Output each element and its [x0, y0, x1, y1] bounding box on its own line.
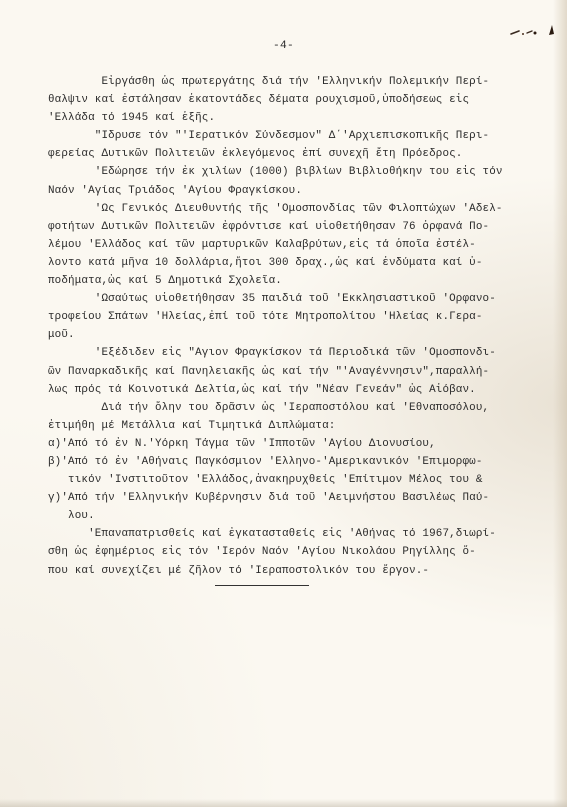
- text-line: ἐτιμήθη μέ Μετάλλια καί Τιμητικά Διπλώμα…: [48, 417, 528, 435]
- end-divider-line: [215, 585, 309, 586]
- document-body: Εἰργάσθη ὡς πρωτεργάτης διά τήν 'Ελληνικ…: [48, 73, 528, 580]
- text-line: φερείας Δυτικῶν Πολιτειῶν ἐκλεγόμενος ἐπ…: [48, 145, 528, 163]
- text-line: "Ιδρυσε τόν "'Ιερατικόν Σύνδεσμον" Δ΄'Αρ…: [48, 127, 528, 145]
- paper-bottom-edge: [0, 799, 567, 807]
- text-line: τροφείου Σπάτων 'Ηλείας,ἐπί τοῦ τότε Μητ…: [48, 308, 528, 326]
- text-line: Ναόν 'Αγίας Τριάδος 'Αγίου Φραγκίσκου.: [48, 182, 528, 200]
- ink-smudge-mark: [505, 22, 561, 38]
- text-line: θαλψιν καί ἐστάλησαν ἑκατοντάδες δέματα …: [48, 91, 528, 109]
- text-line: λου.: [48, 507, 528, 525]
- text-line: 'Επαναπατρισθείς καί ἐγκατασταθείς εἰς '…: [48, 525, 528, 543]
- text-line: 'Εξέδιδεν εἰς "Αγιον Φραγκίσκον τά Περιο…: [48, 344, 528, 362]
- text-line: ποδήματα,ὡς καί 5 Δημοτικά Σχολεῖα.: [48, 272, 528, 290]
- text-line: λοντο κατά μῆνα 10 δολλάρια,ἤτοι 300 δρα…: [48, 254, 528, 272]
- paper-edge-shadow: [553, 0, 567, 807]
- text-line: α)'Από τό ἐν Ν.'Υόρκη Τάγμα τῶν 'Ιπποτῶν…: [48, 435, 528, 453]
- text-line: λέμου 'Ελλάδος καί τῶν μαρτυρικῶν Καλαβρ…: [48, 236, 528, 254]
- text-line: μοῦ.: [48, 326, 528, 344]
- text-line: Διά τήν ὅλην του δρᾶσιν ὡς 'Ιεραποστόλου…: [48, 399, 528, 417]
- text-line: λως πρός τά Κοινοτικά Δελτία,ὡς καί τήν …: [48, 381, 528, 399]
- text-line: 'Ως Γενικός Διευθυντής τῆς 'Ομοσπονδίας …: [48, 200, 528, 218]
- text-line: τικόν 'Ινστιτοῦτον 'Ελλάδος,ἀνακηρυχθείς…: [48, 471, 528, 489]
- text-line: ῶν Παναρκαδικῆς καί Πανηλειακῆς ὡς καί τ…: [48, 363, 528, 381]
- text-line: 'Ελλάδα τό 1945 καί ἑξῆς.: [48, 109, 528, 127]
- text-line: φοτήτων Δυτικῶν Πολιτειῶν ἐφρόντισε καί …: [48, 218, 528, 236]
- page-number: -4-: [0, 40, 567, 52]
- text-line: σθη ὡς ἐφημέριος εἰς τόν 'Ιερόν Ναόν 'Αγ…: [48, 543, 528, 561]
- text-line: 'Ωσαύτως υἱοθετήθησαν 35 παιδιά τοῦ 'Εκκ…: [48, 290, 528, 308]
- text-line: 'Εδώρησε τήν ἐκ χιλίων (1000) βιβλίων Βι…: [48, 163, 528, 181]
- text-line: Εἰργάσθη ὡς πρωτεργάτης διά τήν 'Ελληνικ…: [48, 73, 528, 91]
- text-line: β)'Από τό ἐν 'Αθήναις Παγκόσμιον 'Ελληνο…: [48, 453, 528, 471]
- text-line: που καί συνεχίζει μέ ζῆλον τό 'Ιεραποστο…: [48, 562, 528, 580]
- scanned-page: -4- Εἰργάσθη ὡς πρωτεργάτης διά τήν 'Ελλ…: [0, 0, 567, 807]
- text-line: γ)'Από τήν 'Ελληνικήν Κυβέρνησιν διά τοῦ…: [48, 489, 528, 507]
